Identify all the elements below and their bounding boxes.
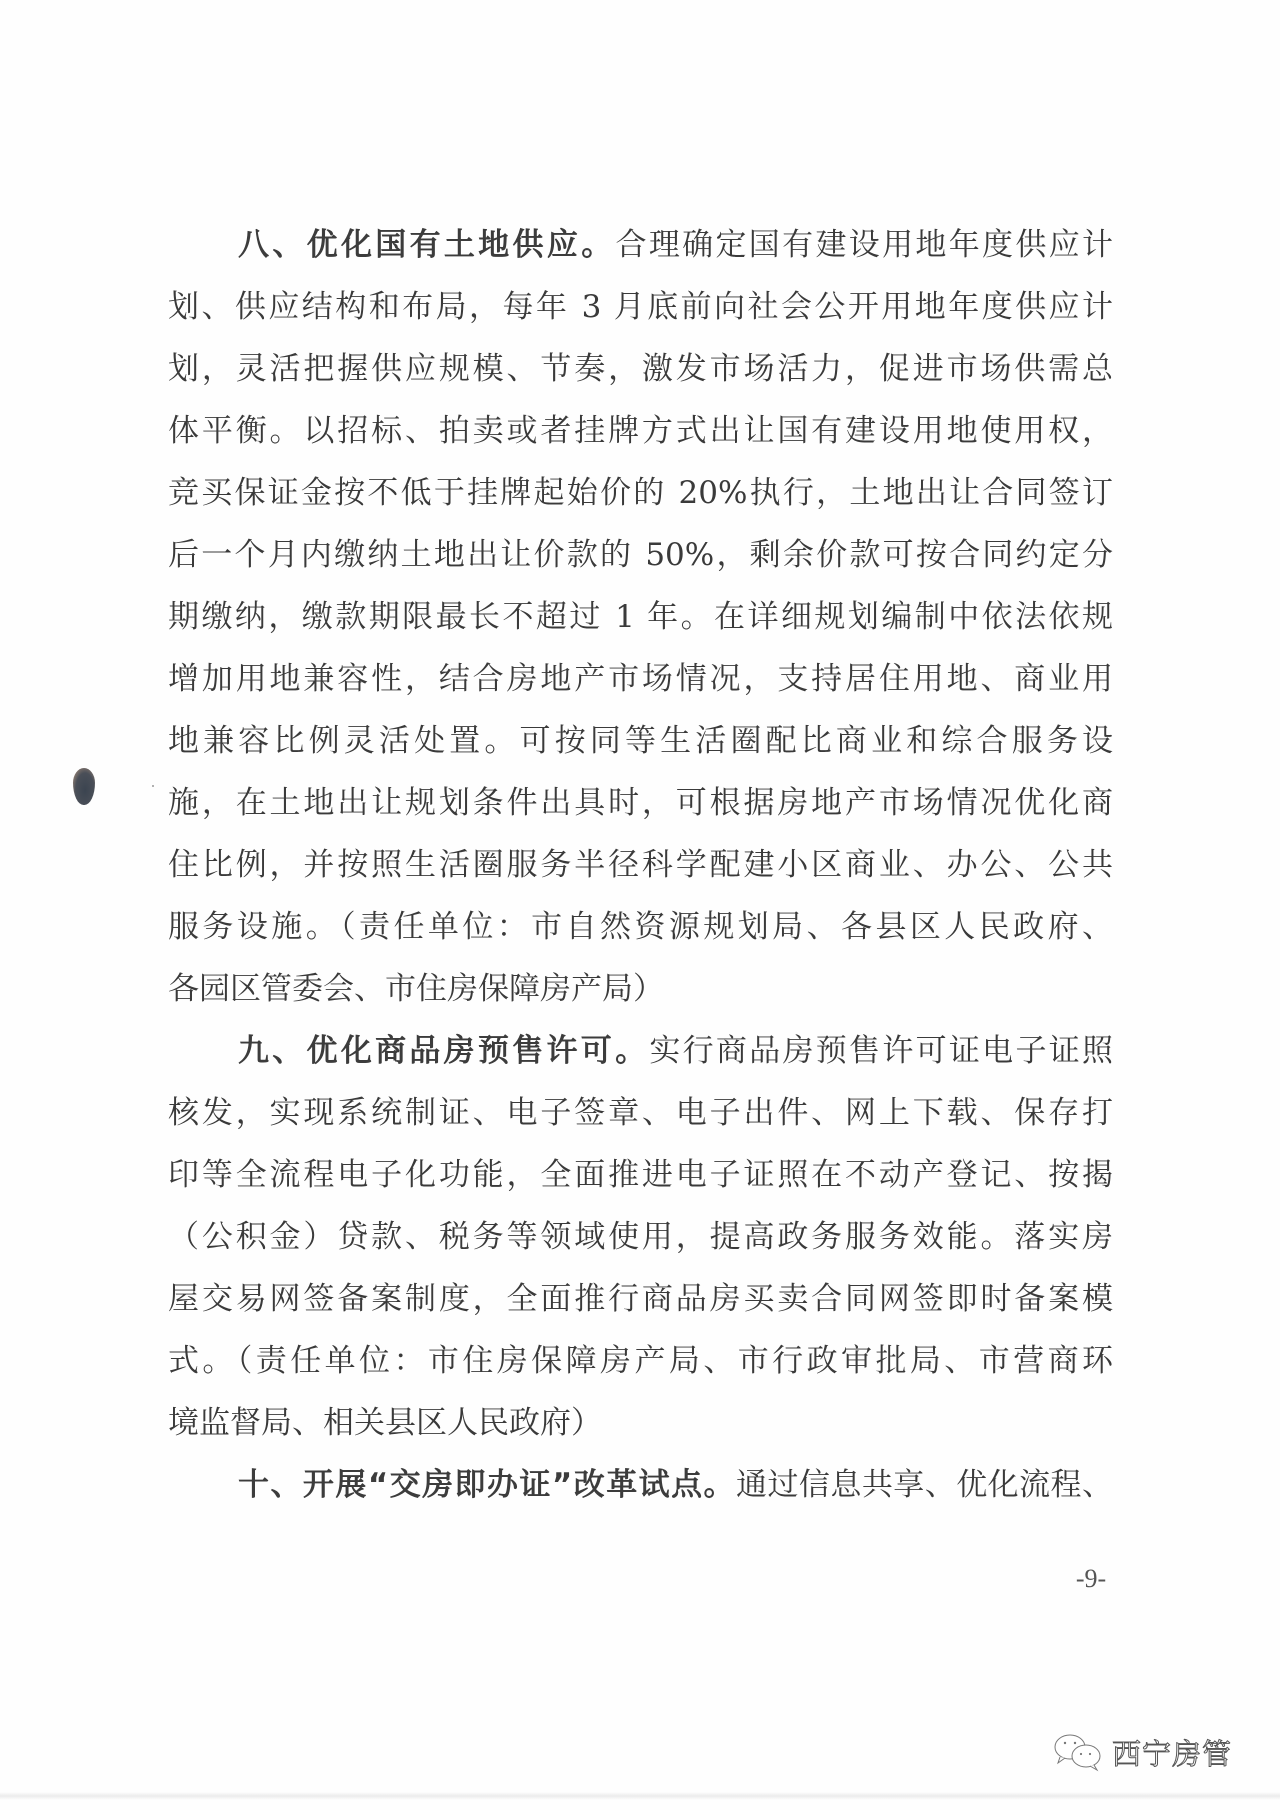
document-page: 八、优化国有土地供应。合理确定国有建设用地年度供应计 划、供应结构和布局，每年 … (0, 0, 1280, 1810)
body-line: 服务设施。（责任单位：市自然资源规划局、各县区人民政府、 (168, 896, 1113, 958)
body-line: 竞买保证金按不低于挂牌起始价的 20%执行，土地出让合同签订 (168, 462, 1113, 524)
ink-blot (73, 768, 95, 805)
section-8-line-1: 八、优化国有土地供应。合理确定国有建设用地年度供应计 (238, 214, 1113, 276)
section-9-heading: 九、优化商品房预售许可。 (238, 1033, 649, 1069)
page-number: -9- (1066, 1564, 1116, 1594)
body-line: 划，灵活把握供应规模、节奏，激发市场活力，促进市场供需总 (168, 338, 1113, 400)
scan-speck (152, 785, 154, 787)
body-line: 屋交易网签备案制度，全面推行商品房买卖合同网签即时备案模 (168, 1268, 1113, 1330)
body-line: 后一个月内缴纳土地出让价款的 50%，剩余价款可按合同约定分 (168, 524, 1113, 586)
body-line: 式。（责任单位：市住房保障房产局、市行政审批局、市营商环 (168, 1330, 1113, 1392)
section-10-heading: 十、开展“交房即办证”改革试点。 (238, 1467, 736, 1503)
wechat-watermark: 西宁房管 (1050, 1732, 1232, 1772)
watermark-account-name: 西宁房管 (1112, 1732, 1232, 1773)
body-line: 划、供应结构和布局，每年 3 月底前向社会公开用地年度供应计 (168, 276, 1113, 338)
section-10-line-1: 十、开展“交房即办证”改革试点。通过信息共享、优化流程、 (238, 1454, 1113, 1516)
section-8-heading: 八、优化国有土地供应。 (238, 227, 616, 263)
body-line: 施，在土地出让规划条件出具时，可根据房地产市场情况优化商 (168, 772, 1113, 834)
body-line: 地兼容比例灵活处置。可按同等生活圈配比商业和综合服务设 (168, 710, 1113, 772)
body-line: 住比例，并按照生活圈服务半径科学配建小区商业、办公、公共 (168, 834, 1113, 896)
section-9-line-1: 九、优化商品房预售许可。实行商品房预售许可证电子证照 (238, 1020, 1113, 1082)
body-line: 增加用地兼容性，结合房地产市场情况，支持居住用地、商业用 (168, 648, 1113, 710)
body-line: 期缴纳，缴款期限最长不超过 1 年。在详细规划编制中依法依规 (168, 586, 1113, 648)
body-line: 体平衡。以招标、拍卖或者挂牌方式出让国有建设用地使用权， (168, 400, 1113, 462)
body-line: （公积金）贷款、税务等领域使用，提高政务服务效能。落实房 (168, 1206, 1113, 1268)
body-line: 核发，实现系统制证、电子签章、电子出件、网上下载、保存打 (168, 1082, 1113, 1144)
body-line: 境监督局、相关县区人民政府） (168, 1392, 1113, 1454)
scan-edge (0, 1792, 1280, 1800)
body-line: 印等全流程电子化功能，全面推进电子证照在不动产登记、按揭 (168, 1144, 1113, 1206)
wechat-icon (1050, 1732, 1106, 1772)
body-line: 各园区管委会、市住房保障房产局） (168, 958, 1113, 1020)
